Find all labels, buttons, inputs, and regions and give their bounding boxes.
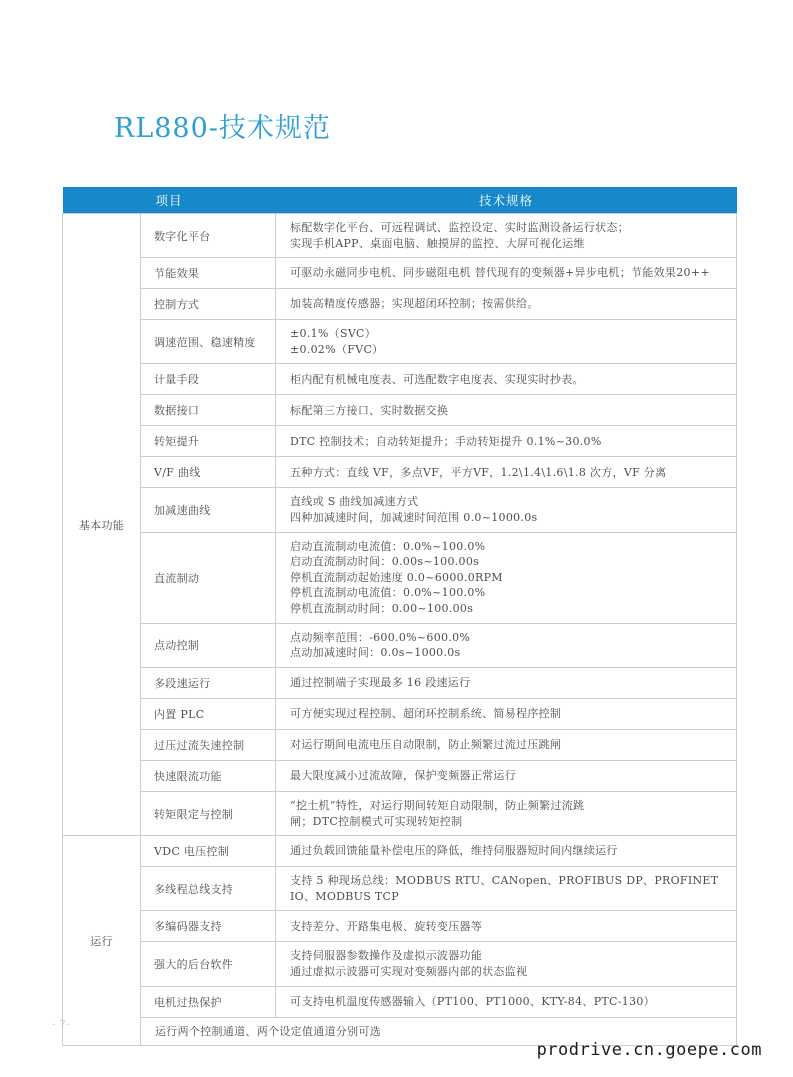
spec-value: 支持差分、开路集电极、旋转变压器等: [276, 911, 737, 942]
spec-item-label: 直流制动: [141, 532, 276, 623]
spec-value: 可支持电机温度传感器输入（PT100、PT1000、KTY-84、PTC-130…: [276, 986, 737, 1017]
spec-line: 加装高精度传感器；实现超闭环控制；按需供给。: [290, 296, 726, 312]
table-row: 电机过热保护可支持电机温度传感器输入（PT100、PT1000、KTY-84、P…: [63, 986, 737, 1017]
spec-line: 通过虚拟示波器可实现对变频器内部的状态监视: [290, 964, 726, 980]
spec-item-label: 数字化平台: [141, 214, 276, 258]
spec-line: ±0.1%（SVC）: [290, 326, 726, 342]
spec-line: 可支持电机温度传感器输入（PT100、PT1000、KTY-84、PTC-130…: [290, 994, 726, 1010]
spec-value: 可驱动永磁同步电机、同步磁阻电机 替代现有的变频器+异步电机；节能效果20++: [276, 258, 737, 289]
spec-line: 停机直流制动起始速度 0.0~6000.0RPM: [290, 570, 726, 586]
table-row: 内置 PLC可方便实现过程控制、超闭环控制系统、简易程序控制: [63, 698, 737, 729]
table-row: V/F 曲线五种方式：直线 VF，多点VF，平方VF，1.2\1.4\1.6\1…: [63, 457, 737, 488]
page-number: - 7-: [52, 1020, 71, 1030]
table-row: 转矩提升DTC 控制技术；自动转矩提升；手动转矩提升 0.1%~30.0%: [63, 426, 737, 457]
spec-line: 四种加减速时间，加减速时间范围 0.0~1000.0s: [290, 510, 726, 526]
table-row: 强大的后台软件支持伺服器参数操作及虚拟示波器功能通过虚拟示波器可实现对变频器内部…: [63, 942, 737, 986]
spec-value: ±0.1%（SVC）±0.02%（FVC）: [276, 320, 737, 364]
spec-line: 实现手机APP、桌面电脑、触摸屏的监控、大屏可视化运维: [290, 236, 726, 252]
table-header-row: 项目 技术规格: [63, 187, 737, 214]
spec-value: 通过负载回馈能量补偿电压的降低，维持伺服器短时间内继续运行: [276, 836, 737, 867]
spec-item-label: 数据接口: [141, 395, 276, 426]
group-label: 基本功能: [63, 214, 141, 836]
spec-line: 柜内配有机械电度表、可选配数字电度表、实现实时抄表。: [290, 372, 726, 388]
table-row: 多编码器支持支持差分、开路集电极、旋转变压器等: [63, 911, 737, 942]
table-row: 运行VDC 电压控制通过负载回馈能量补偿电压的降低，维持伺服器短时间内继续运行: [63, 836, 737, 867]
spec-item-label: 转矩限定与控制: [141, 791, 276, 835]
spec-line: 对运行期间电流电压自动限制，防止频繁过流过压跳闸: [290, 737, 726, 753]
spec-value: 通过控制端子实现最多 16 段速运行: [276, 667, 737, 698]
spec-line: DTC 控制技术；自动转矩提升；手动转矩提升 0.1%~30.0%: [290, 434, 726, 450]
spec-item-label: 控制方式: [141, 289, 276, 320]
spec-line: 支持伺服器参数操作及虚拟示波器功能: [290, 948, 726, 964]
spec-value: 启动直流制动电流值：0.0%~100.0%启动直流制动时间：0.00s~100.…: [276, 532, 737, 623]
spec-value: 加装高精度传感器；实现超闭环控制；按需供给。: [276, 289, 737, 320]
spec-line: 最大限度减小过流故障，保护变频器正常运行: [290, 768, 726, 784]
spec-table: 项目 技术规格 基本功能数字化平台标配数字化平台、可远程调试、监控设定、实时监测…: [62, 187, 737, 1046]
spec-item-label: 节能效果: [141, 258, 276, 289]
table-row: 数据接口标配第三方接口、实时数据交换: [63, 395, 737, 426]
watermark: prodrive.cn.goepe.com: [537, 1040, 762, 1060]
spec-line: 通过控制端子实现最多 16 段速运行: [290, 675, 726, 691]
spec-line: ±0.02%（FVC）: [290, 342, 726, 358]
table-row: 快速限流功能最大限度减小过流故障，保护变频器正常运行: [63, 760, 737, 791]
spec-line: 闸；DTC控制模式可实现转矩控制: [290, 814, 726, 830]
spec-line: 五种方式：直线 VF，多点VF，平方VF，1.2\1.4\1.6\1.8 次方，…: [290, 465, 726, 481]
spec-item-label: 快速限流功能: [141, 760, 276, 791]
spec-item-label: V/F 曲线: [141, 457, 276, 488]
spec-value: 可方便实现过程控制、超闭环控制系统、简易程序控制: [276, 698, 737, 729]
table-row: 点动控制点动频率范围：-600.0%~600.0%点动加减速时间：0.0s~10…: [63, 623, 737, 667]
spec-line: 标配第三方接口、实时数据交换: [290, 403, 726, 419]
spec-value: 支持伺服器参数操作及虚拟示波器功能通过虚拟示波器可实现对变频器内部的状态监视: [276, 942, 737, 986]
spec-item-label: 电机过热保护: [141, 986, 276, 1017]
spec-item-label: VDC 电压控制: [141, 836, 276, 867]
table-row: 转矩限定与控制“挖土机”特性，对运行期间转矩自动限制，防止频繁过流跳闸；DTC控…: [63, 791, 737, 835]
spec-item-label: 多段速运行: [141, 667, 276, 698]
spec-value: DTC 控制技术；自动转矩提升；手动转矩提升 0.1%~30.0%: [276, 426, 737, 457]
spec-line: 停机直流制动电流值：0.0%~100.0%: [290, 585, 726, 601]
spec-line: 运行两个控制通道、两个设定值通道分别可选: [155, 1024, 726, 1040]
spec-value: 对运行期间电流电压自动限制，防止频繁过流过压跳闸: [276, 729, 737, 760]
spec-item-label: 多线程总线支持: [141, 867, 276, 911]
table-row: 调速范围、稳速精度±0.1%（SVC）±0.02%（FVC）: [63, 320, 737, 364]
spec-value: 标配数字化平台、可远程调试、监控设定、实时监测设备运行状态；实现手机APP、桌面…: [276, 214, 737, 258]
spec-line: 停机直流制动时间：0.00~100.00s: [290, 601, 726, 617]
column-header-spec: 技术规格: [276, 187, 737, 214]
spec-line: 可方便实现过程控制、超闭环控制系统、简易程序控制: [290, 706, 726, 722]
table-row: 控制方式加装高精度传感器；实现超闭环控制；按需供给。: [63, 289, 737, 320]
spec-line: 标配数字化平台、可远程调试、监控设定、实时监测设备运行状态；: [290, 220, 726, 236]
spec-value: 标配第三方接口、实时数据交换: [276, 395, 737, 426]
table-row: 基本功能数字化平台标配数字化平台、可远程调试、监控设定、实时监测设备运行状态；实…: [63, 214, 737, 258]
spec-item-label: 强大的后台软件: [141, 942, 276, 986]
spec-line: 通过负载回馈能量补偿电压的降低，维持伺服器短时间内继续运行: [290, 843, 726, 859]
table-row: 多线程总线支持支持 5 种现场总线：MODBUS RTU、CANopen、PRO…: [63, 867, 737, 911]
spec-value: 直线或 S 曲线加减速方式四种加减速时间，加减速时间范围 0.0~1000.0s: [276, 488, 737, 532]
column-header-item: 项目: [63, 187, 276, 214]
spec-line: 启动直流制动时间：0.00s~100.00s: [290, 554, 726, 570]
table-row: 节能效果可驱动永磁同步电机、同步磁阻电机 替代现有的变频器+异步电机；节能效果2…: [63, 258, 737, 289]
table-row: 过压过流失速控制对运行期间电流电压自动限制，防止频繁过流过压跳闸: [63, 729, 737, 760]
spec-line: 支持 5 种现场总线：MODBUS RTU、CANopen、PROFIBUS D…: [290, 873, 726, 904]
spec-item-label: 点动控制: [141, 623, 276, 667]
spec-line: 点动频率范围：-600.0%~600.0%: [290, 630, 726, 646]
spec-line: 启动直流制动电流值：0.0%~100.0%: [290, 539, 726, 555]
spec-item-label: 加减速曲线: [141, 488, 276, 532]
spec-table-body: 基本功能数字化平台标配数字化平台、可远程调试、监控设定、实时监测设备运行状态；实…: [63, 214, 737, 1046]
spec-value: 柜内配有机械电度表、可选配数字电度表、实现实时抄表。: [276, 364, 737, 395]
table-row: 加减速曲线直线或 S 曲线加减速方式四种加减速时间，加减速时间范围 0.0~10…: [63, 488, 737, 532]
spec-line: 可驱动永磁同步电机、同步磁阻电机 替代现有的变频器+异步电机；节能效果20++: [290, 265, 726, 281]
spec-value: 点动频率范围：-600.0%~600.0%点动加减速时间：0.0s~1000.0…: [276, 623, 737, 667]
spec-item-label: 转矩提升: [141, 426, 276, 457]
group-label: 运行: [63, 836, 141, 1046]
spec-item-label: 内置 PLC: [141, 698, 276, 729]
table-row: 多段速运行通过控制端子实现最多 16 段速运行: [63, 667, 737, 698]
spec-value: “挖土机”特性，对运行期间转矩自动限制，防止频繁过流跳闸；DTC控制模式可实现转…: [276, 791, 737, 835]
spec-value: 最大限度减小过流故障，保护变频器正常运行: [276, 760, 737, 791]
table-row: 计量手段柜内配有机械电度表、可选配数字电度表、实现实时抄表。: [63, 364, 737, 395]
spec-line: 直线或 S 曲线加减速方式: [290, 494, 726, 510]
spec-item-label: 多编码器支持: [141, 911, 276, 942]
spec-line: 点动加减速时间：0.0s~1000.0s: [290, 645, 726, 661]
spec-line: “挖土机”特性，对运行期间转矩自动限制，防止频繁过流跳: [290, 798, 726, 814]
spec-item-label: 调速范围、稳速精度: [141, 320, 276, 364]
spec-value: 支持 5 种现场总线：MODBUS RTU、CANopen、PROFIBUS D…: [276, 867, 737, 911]
spec-item-label: 计量手段: [141, 364, 276, 395]
spec-value: 五种方式：直线 VF，多点VF，平方VF，1.2\1.4\1.6\1.8 次方，…: [276, 457, 737, 488]
spec-item-label: 过压过流失速控制: [141, 729, 276, 760]
spec-line: 支持差分、开路集电极、旋转变压器等: [290, 919, 726, 935]
table-row: 直流制动启动直流制动电流值：0.0%~100.0%启动直流制动时间：0.00s~…: [63, 532, 737, 623]
page-title: RL880-技术规范: [114, 106, 331, 145]
